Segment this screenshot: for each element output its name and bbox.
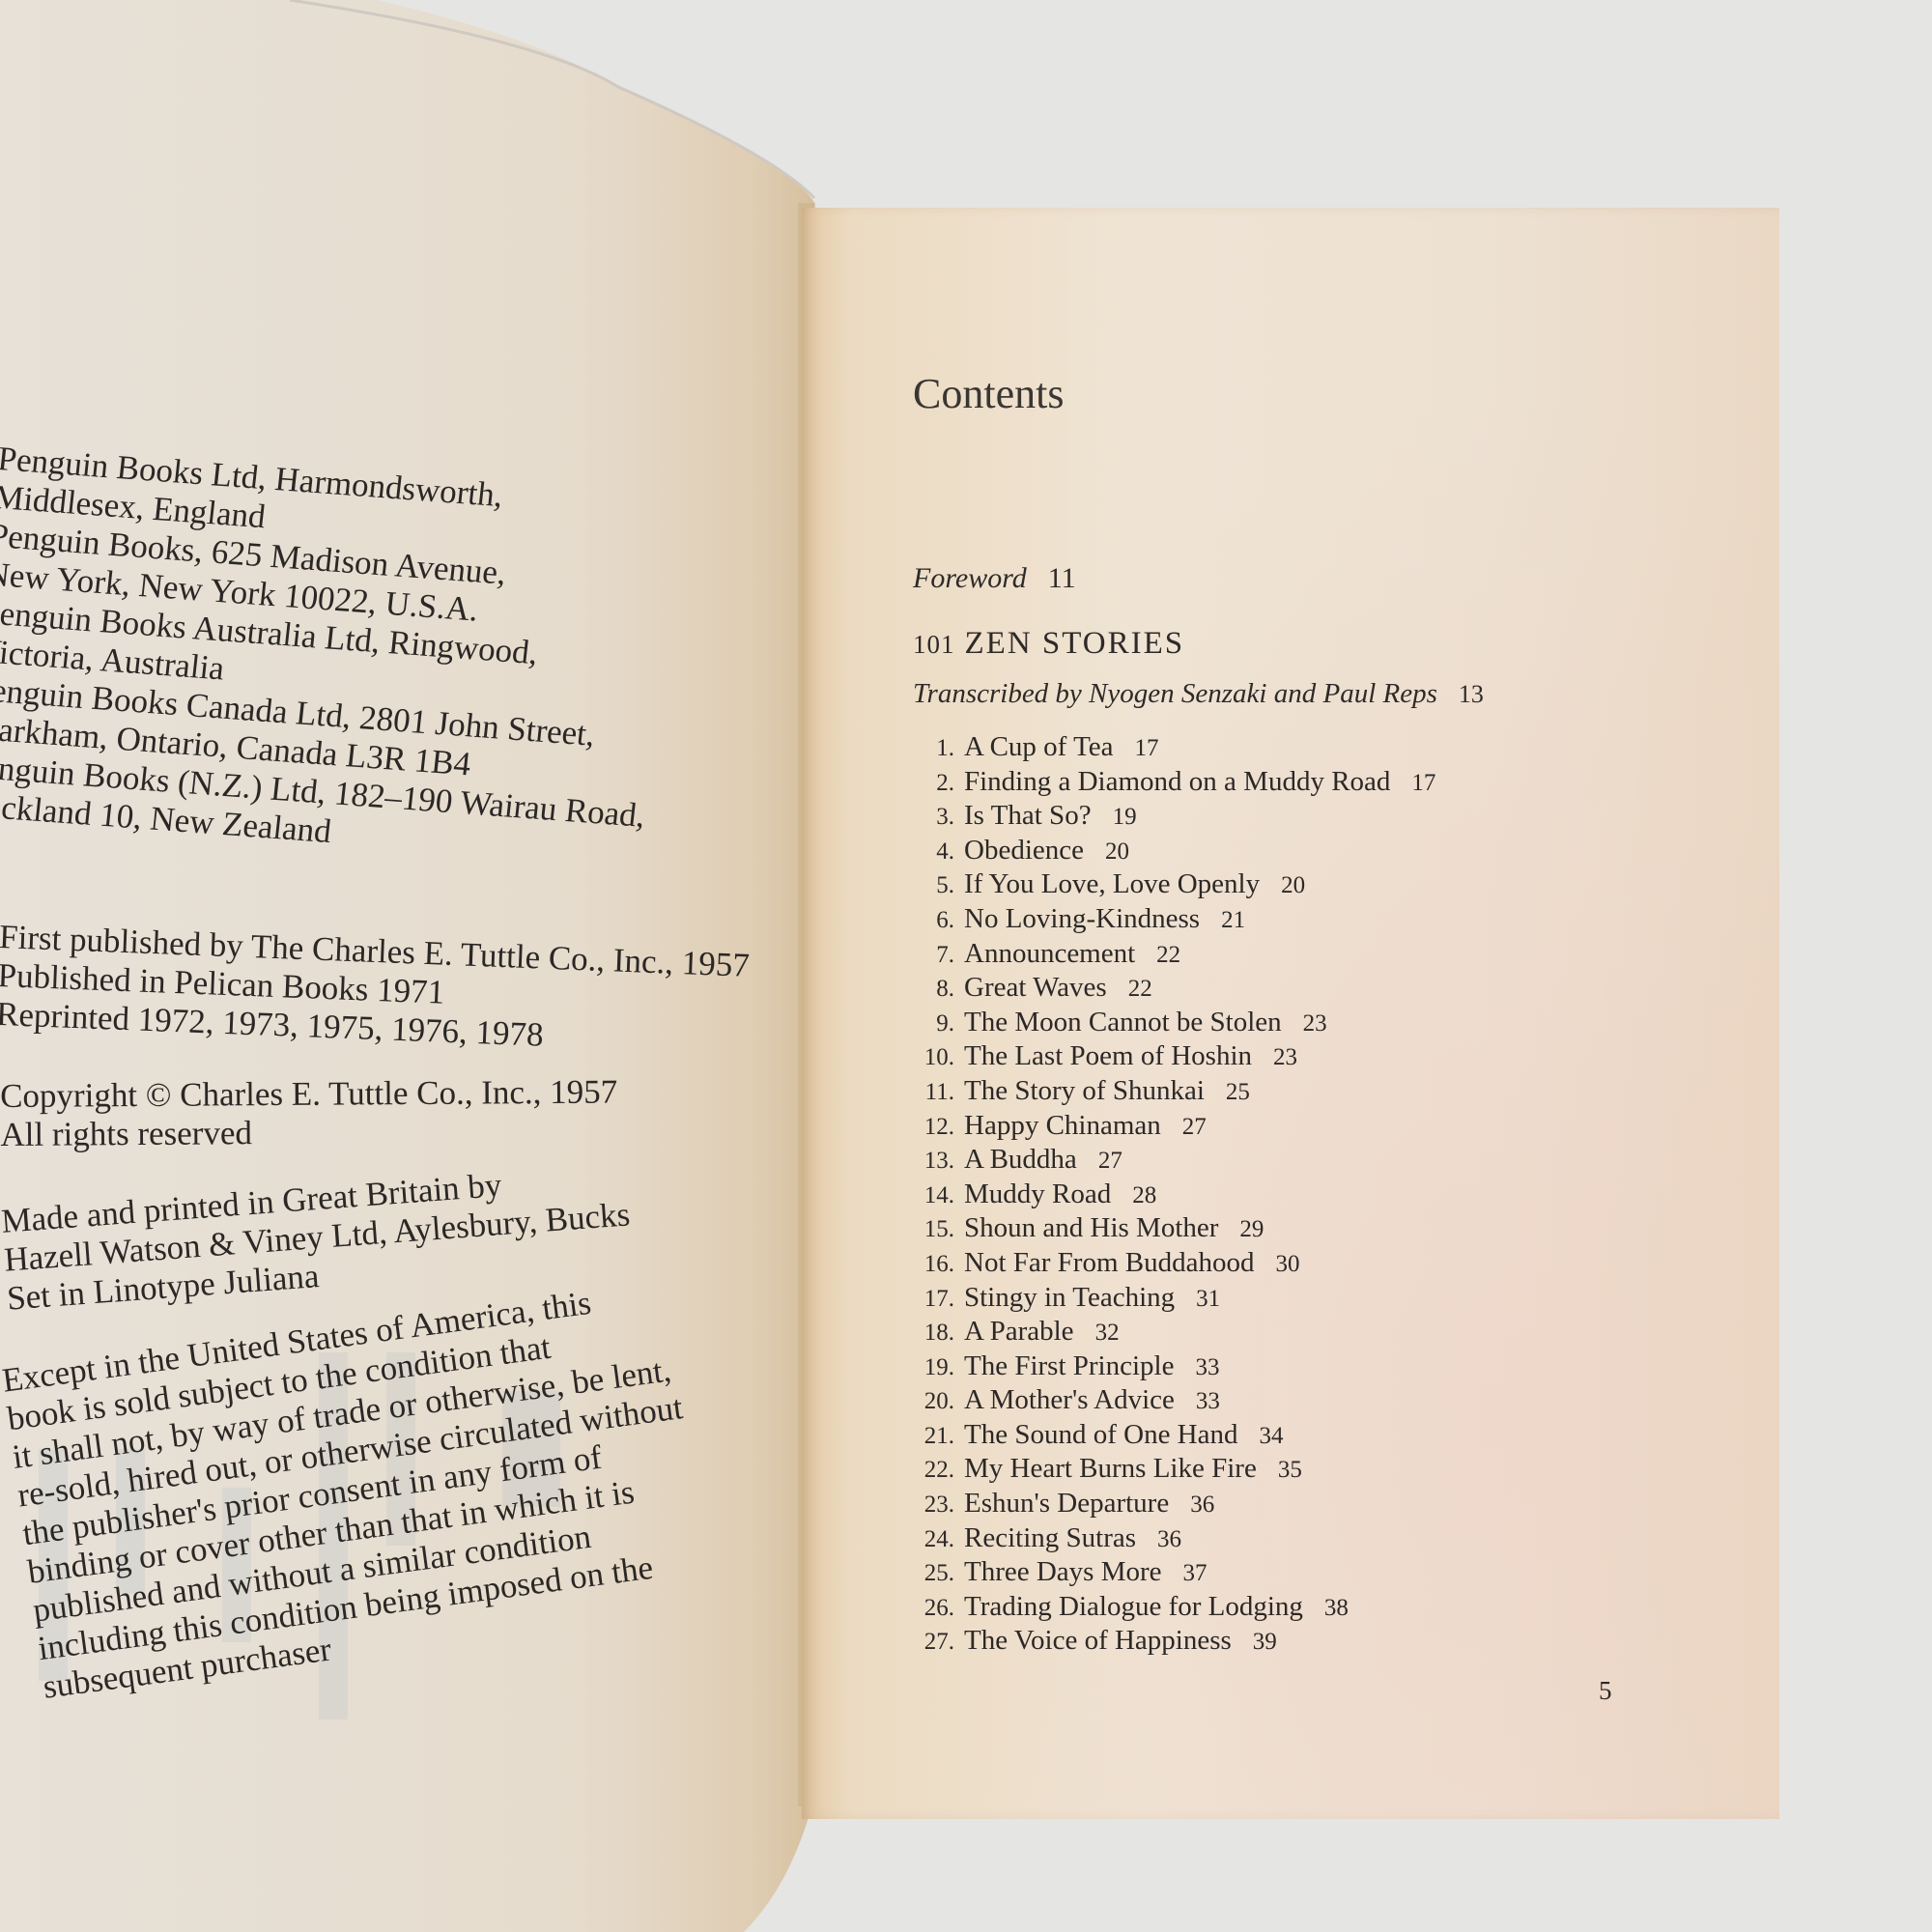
copyright-line: All rights reserved [0,1112,617,1154]
toc-entry: 26.Trading Dialogue for Lodging38 [906,1590,1776,1625]
toc-entry: 19.The First Principle33 [906,1350,1776,1384]
toc-entry: 18.A Parable32 [906,1315,1776,1350]
toc-entry: 8.Great Waves22 [906,971,1776,1006]
copyright-line: Copyright © Charles E. Tuttle Co., Inc.,… [0,1073,617,1116]
copyright-notice: Copyright © Charles E. Tuttle Co., Inc.,… [0,1073,618,1154]
page-number: 5 [1599,1676,1612,1706]
toc-foreword: Foreword11 [913,562,1076,595]
toc-entry: 14.Muddy Road28 [906,1178,1776,1212]
toc-entry: 4.Obedience20 [906,834,1776,868]
toc-entry: 10.The Last Poem of Hoshin23 [906,1039,1776,1074]
toc-entry: 9.The Moon Cannot be Stolen23 [906,1006,1776,1040]
toc-entry: 20.A Mother's Advice33 [906,1383,1776,1418]
toc-list: 1.A Cup of Tea17 2.Finding a Diamond on … [906,730,1776,1659]
section-credit: Transcribed by Nyogen Senzaki and Paul R… [913,678,1437,709]
toc-entry: 22.My Heart Burns Like Fire35 [906,1452,1776,1487]
section-number: 101 [913,630,955,659]
toc-entry: 17.Stingy in Teaching31 [906,1281,1776,1316]
toc-entry: 24.Reciting Sutras36 [906,1521,1776,1556]
toc-entry: 15.Shoun and His Mother29 [906,1211,1776,1246]
toc-entry: 11.The Story of Shunkai25 [906,1074,1776,1109]
section-subtitle: Transcribed by Nyogen Senzaki and Paul R… [913,678,1484,710]
toc-entry: 3.Is That So?19 [906,799,1776,834]
section-title: ZEN STORIES [965,626,1185,661]
toc-entry: 27.The Voice of Happiness39 [906,1624,1776,1659]
section-heading: 101ZEN STORIES [913,626,1184,662]
toc-entry: 25.Three Days More37 [906,1555,1776,1590]
section-page: 13 [1459,680,1484,708]
toc-entry: 1.A Cup of Tea17 [906,730,1776,765]
toc-entry: 13.A Buddha27 [906,1143,1776,1178]
toc-entry: 7.Announcement22 [906,937,1776,972]
toc-entry: 6.No Loving-Kindness21 [906,902,1776,937]
toc-entry: 2.Finding a Diamond on a Muddy Road17 [906,765,1776,800]
foreword-title: Foreword [913,562,1027,594]
toc-entry: 23.Eshun's Departure36 [906,1487,1776,1521]
publisher-addresses: Penguin Books Ltd, Harmondsworth, Middle… [0,440,680,874]
toc-entry: 5.If You Love, Love Openly20 [906,867,1776,902]
toc-entry: 12.Happy Chinaman27 [906,1109,1776,1144]
contents-title: Contents [913,369,1064,418]
foreword-page: 11 [1048,562,1076,594]
toc-entry: 21.The Sound of One Hand34 [906,1418,1776,1453]
toc-entry: 16.Not Far From Buddahood30 [906,1246,1776,1281]
